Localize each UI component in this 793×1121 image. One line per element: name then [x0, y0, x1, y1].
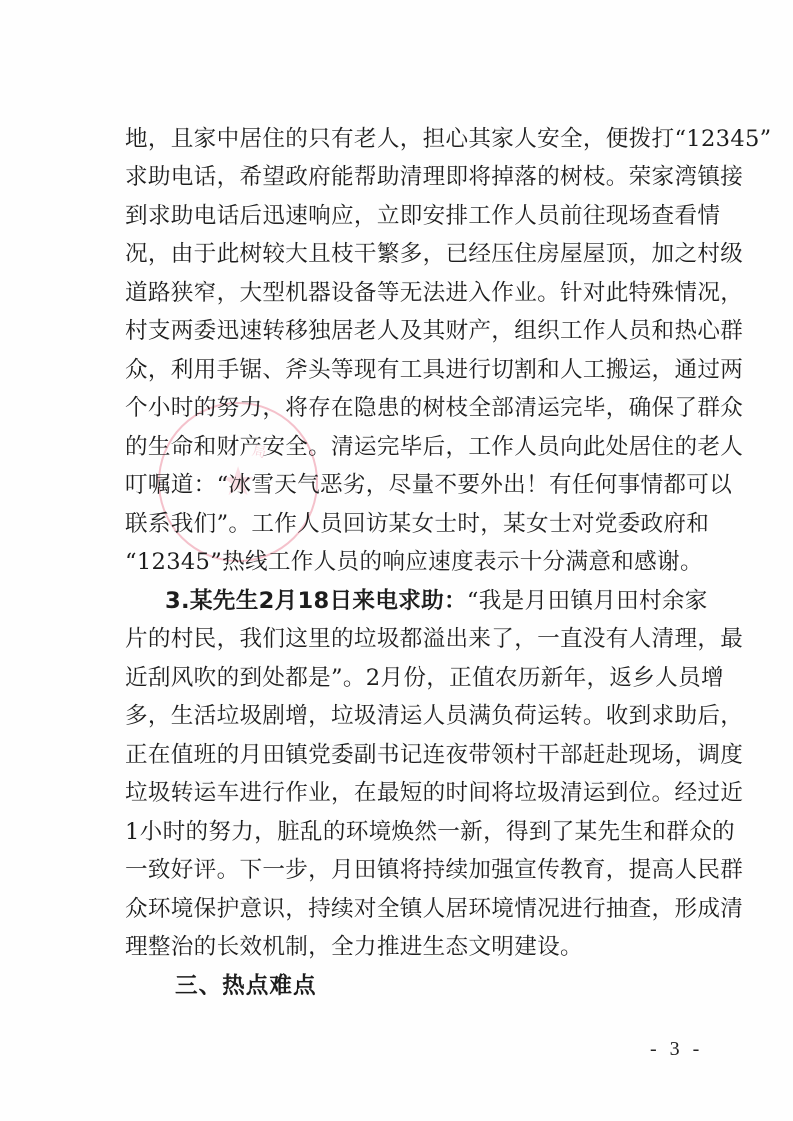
item3-lead-line: 3.某先生2月18日来电求助：“我是月田镇月田村余家: [165, 586, 691, 616]
body-line: 联系我们”。工作人员回访某女士时，某女士对党委政府和: [125, 509, 691, 539]
body-line: 地，且家中居住的只有老人，担心其家人安全，便拨打“12345”: [125, 124, 691, 154]
section-heading: 三、热点难点: [175, 971, 317, 1001]
body-line: 况，由于此树较大且枝干繁多，已经压住房屋屋顶，加之村级: [125, 239, 691, 269]
body-line: 垃圾转运车进行作业，在最短的时间将垃圾清运到位。经过近: [125, 778, 691, 808]
body-line: 正在值班的月田镇党委副书记连夜带领村干部赶赴现场，调度: [125, 740, 691, 770]
body-line: 片的村民，我们这里的垃圾都溢出来了，一直没有人清理，最: [125, 624, 691, 654]
body-line: 理整治的长效机制，全力推进生态文明建设。: [125, 932, 691, 962]
page-number: - 3 -: [650, 1038, 703, 1061]
item3-lead-bold: 3.某先生2月18日来电求助：: [165, 588, 467, 614]
body-line: 的生命和财产安全。清运完毕后，工作人员向此处居住的老人: [125, 432, 691, 462]
body-line: 道路狭窄，大型机器设备等无法进入作业。针对此特殊情况，: [125, 278, 691, 308]
body-line: 近刮风吹的到处都是”。2月份，正值农历新年，返乡人员增: [125, 663, 691, 693]
body-line: 到求助电话后迅速响应，立即安排工作人员前往现场查看情: [125, 201, 691, 231]
body-line: 一致好评。下一步，月田镇将持续加强宣传教育，提高人民群: [125, 855, 691, 885]
document-page: ★ 局 地，且家中居住的只有老人，担心其家人安全，便拨打“12345” 求助电话…: [0, 0, 793, 1121]
body-line: 村支两委迅速转移独居老人及其财产，组织工作人员和热心群: [125, 316, 691, 346]
body-line: 叮嘱道：“冰雪天气恶劣，尽量不要外出！有任何事情都可以: [125, 470, 691, 500]
item3-lead-rest: “我是月田镇月田村余家: [467, 588, 708, 614]
body-line: “12345”热线工作人员的响应速度表示十分满意和感谢。: [125, 547, 691, 577]
body-line: 个小时的努力，将存在隐患的树枝全部清运完毕，确保了群众: [125, 393, 691, 423]
body-line: 众，利用手锯、斧头等现有工具进行切割和人工搬运，通过两: [125, 355, 691, 385]
body-line: 多，生活垃圾剧增，垃圾清运人员满负荷运转。收到求助后，: [125, 701, 691, 731]
body-line: 1小时的努力，脏乱的环境焕然一新，得到了某先生和群众的: [125, 817, 691, 847]
body-line: 众环境保护意识，持续对全镇人居环境情况进行抽查，形成清: [125, 894, 691, 924]
body-line: 求助电话，希望政府能帮助清理即将掉落的树枝。荣家湾镇接: [125, 162, 691, 192]
